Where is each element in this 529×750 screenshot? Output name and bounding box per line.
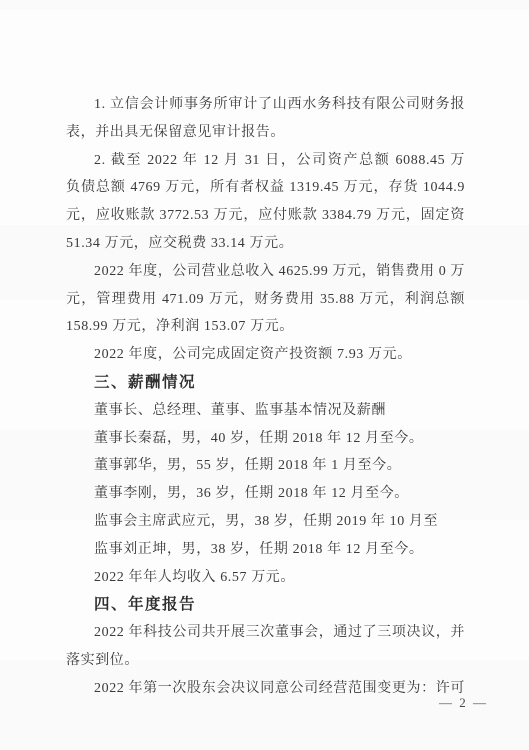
- doc-line: 负债总额 4769 万元，所有者权益 1319.45 万元，存货 1044.9 …: [66, 174, 465, 202]
- page-number: — 2 —: [439, 695, 488, 711]
- doc-line: 表，并出具无保留意见审计报告。: [66, 119, 465, 147]
- doc-line: 1. 立信会计师事务所审计了山西水务科技有限公司财务报: [66, 91, 465, 119]
- doc-line: 158.99 万元，净利润 153.07 万元。: [66, 313, 465, 341]
- doc-line: 元，应收账款 3772.53 万元，应付账款 3384.79 万元，固定资产: [66, 202, 465, 230]
- doc-line: 2. 截至 2022 年 12 月 31 日，公司资产总额 6088.45 万元…: [66, 147, 465, 175]
- doc-line: 51.34 万元，应交税费 33.14 万元。: [66, 230, 465, 258]
- section-heading-salary: 三、薪酬情况: [66, 369, 465, 397]
- doc-line: 董事长、总经理、董事、监事基本情况及薪酬: [66, 397, 465, 425]
- doc-line: 董事郭华，男，55 岁，任期 2018 年 1 月至今。: [66, 452, 465, 480]
- doc-line: 监事刘正坤，男，38 岁，任期 2018 年 12 月至今。: [66, 536, 465, 564]
- doc-line: 元，管理费用 471.09 万元，财务费用 35.88 万元，利润总额: [66, 286, 465, 314]
- doc-line: 2022 年第一次股东会决议同意公司经营范围变更为：许可: [66, 675, 465, 703]
- doc-line: 2022 年年人均收入 6.57 万元。: [66, 564, 465, 592]
- doc-line: 2022 年度，公司营业总收入 4625.99 万元，销售费用 0 万: [66, 258, 465, 286]
- document-page: 1. 立信会计师事务所审计了山西水务科技有限公司财务报 表，并出具无保留意见审计…: [0, 0, 529, 750]
- doc-line: 落实到位。: [66, 647, 465, 675]
- doc-line: 2022 年科技公司共开展三次董事会，通过了三项决议，并: [66, 619, 465, 647]
- doc-line: 监事会主席武应元，男，38 岁，任期 2019 年 10 月至今。: [66, 508, 465, 536]
- doc-line: 董事李刚，男，36 岁，任期 2018 年 12 月至今。: [66, 480, 465, 508]
- doc-line: 2022 年度，公司完成固定资产投资额 7.93 万元。: [66, 341, 465, 369]
- doc-line: 董事长秦磊，男，40 岁，任期 2018 年 12 月至今。: [66, 425, 465, 453]
- section-heading-annual-report: 四、年度报告: [66, 591, 465, 619]
- document-text-block: 1. 立信会计师事务所审计了山西水务科技有限公司财务报 表，并出具无保留意见审计…: [66, 91, 465, 703]
